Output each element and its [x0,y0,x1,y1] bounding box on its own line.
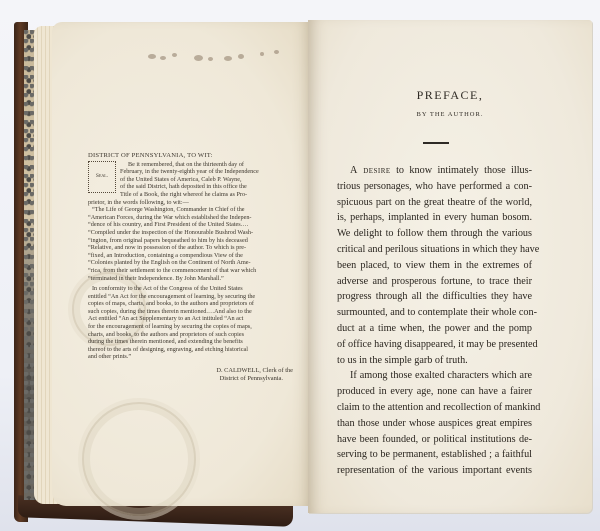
preface-paragraph-2: If among those exalted characters which … [337,368,532,384]
preface-subtitle: BY THE AUTHOR. [308,111,592,118]
preface-paragraph-1: A desire to know intimately those illus- [337,163,532,179]
drop-lead: A desire [350,165,391,176]
ink-stains [142,52,292,72]
act-paragraph: In conformity to the Act of the Congress… [88,285,293,361]
preface-title: PREFACE, [308,88,592,103]
seal-icon: Seal. [88,161,116,193]
copyright-notice: DISTRICT OF PENNSYLVANIA, TO WIT: Seal. … [88,152,293,383]
title-paragraph: prietor, in the words following, to wit:… [88,199,293,283]
preface-body: A desire to know intimately those illus-… [337,163,532,479]
seal-block: Seal. Be it remembered, that on the thir… [88,161,293,199]
photo-scene: DISTRICT OF PENNSYLVANIA, TO WIT: Seal. … [0,0,600,531]
title-rule [423,142,449,144]
seal-text: Be it remembered, that on the thirteenth… [120,161,293,199]
embossed-seal-lower [82,402,196,516]
clerk-signature: D. CALDWELL, Clerk of the District of Pe… [88,367,293,383]
district-heading: DISTRICT OF PENNSYLVANIA, TO WIT: [88,152,293,160]
